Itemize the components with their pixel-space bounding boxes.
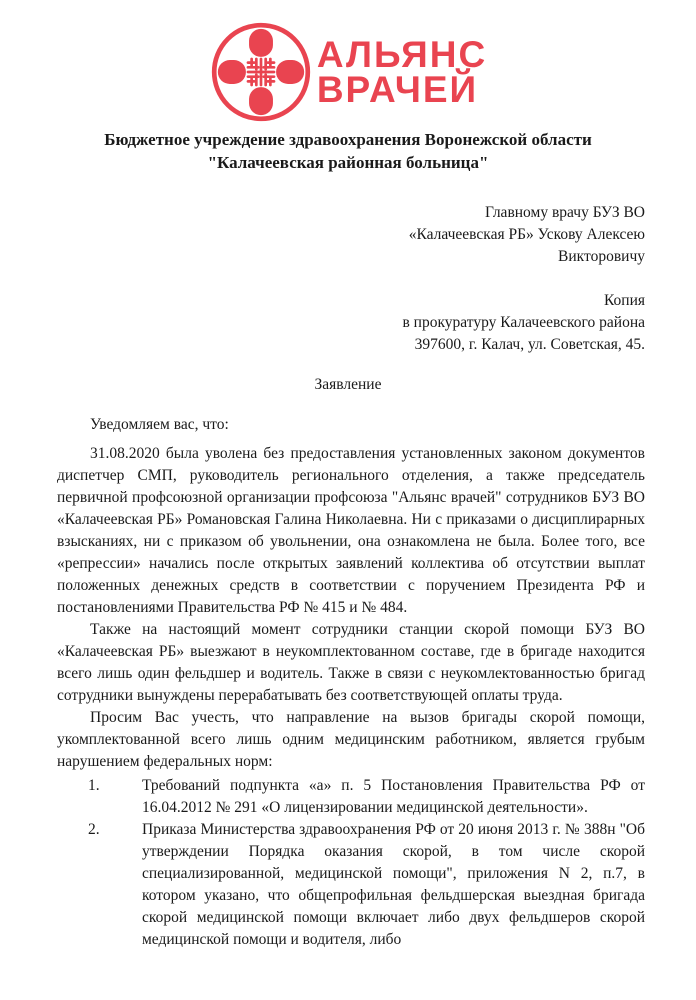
list-item-text: Требований подпункта «а» п. 5 Постановле… bbox=[142, 775, 645, 819]
document-body: Уведомляем вас, что: 31.08.2020 была уво… bbox=[0, 414, 696, 951]
list-item-text: Приказа Министерства здравоохранения РФ … bbox=[142, 819, 645, 951]
organization-name-line1: Бюджетное учреждение здравоохранения Вор… bbox=[0, 128, 696, 151]
paragraph: Также на настоящий момент сотрудники ста… bbox=[57, 619, 645, 707]
logo-wordmark: АЛЬЯНС ВРАЧЕЙ bbox=[317, 37, 487, 107]
list-item-number: 2. bbox=[57, 819, 142, 951]
logo-word-line1: АЛЬЯНС bbox=[317, 37, 487, 72]
numbered-list: 1. Требований подпункта «а» п. 5 Постано… bbox=[57, 775, 645, 951]
addressee-block: Главному врачу БУЗ ВО «Калачеевская РБ» … bbox=[0, 202, 696, 356]
paragraph: 31.08.2020 была уволена без предоставлен… bbox=[57, 443, 645, 619]
addressee-line: Викторовичу bbox=[0, 246, 645, 268]
copy-line: в прокуратуру Калачеевского района bbox=[0, 312, 645, 334]
list-item-number: 1. bbox=[57, 775, 142, 819]
addressee-line: «Калачеевская РБ» Ускову Алексею bbox=[0, 224, 645, 246]
copy-label: Копия bbox=[0, 290, 645, 312]
four-hands-cross-circle-icon bbox=[209, 20, 313, 124]
organization-header: Бюджетное учреждение здравоохранения Вор… bbox=[0, 128, 696, 174]
copy-block: Копия в прокуратуру Калачеевского района… bbox=[0, 290, 645, 356]
document-title: Заявление bbox=[0, 376, 696, 394]
organization-name-line2: "Калачеевская районная больница" bbox=[0, 151, 696, 174]
list-item: 2. Приказа Министерства здравоохранения … bbox=[57, 819, 645, 951]
list-item: 1. Требований подпункта «а» п. 5 Постано… bbox=[57, 775, 645, 819]
document-page: АЛЬЯНС ВРАЧЕЙ Бюджетное учреждение здрав… bbox=[0, 0, 696, 1000]
logo-word-line2: ВРАЧЕЙ bbox=[317, 72, 487, 107]
addressee-line: Главному врачу БУЗ ВО bbox=[0, 202, 645, 224]
paragraph: Просим Вас учесть, что направление на вы… bbox=[57, 707, 645, 773]
intro-line: Уведомляем вас, что: bbox=[57, 414, 645, 436]
copy-line: 397600, г. Калач, ул. Советская, 45. bbox=[0, 334, 645, 356]
alliance-logo: АЛЬЯНС ВРАЧЕЙ bbox=[0, 0, 696, 124]
